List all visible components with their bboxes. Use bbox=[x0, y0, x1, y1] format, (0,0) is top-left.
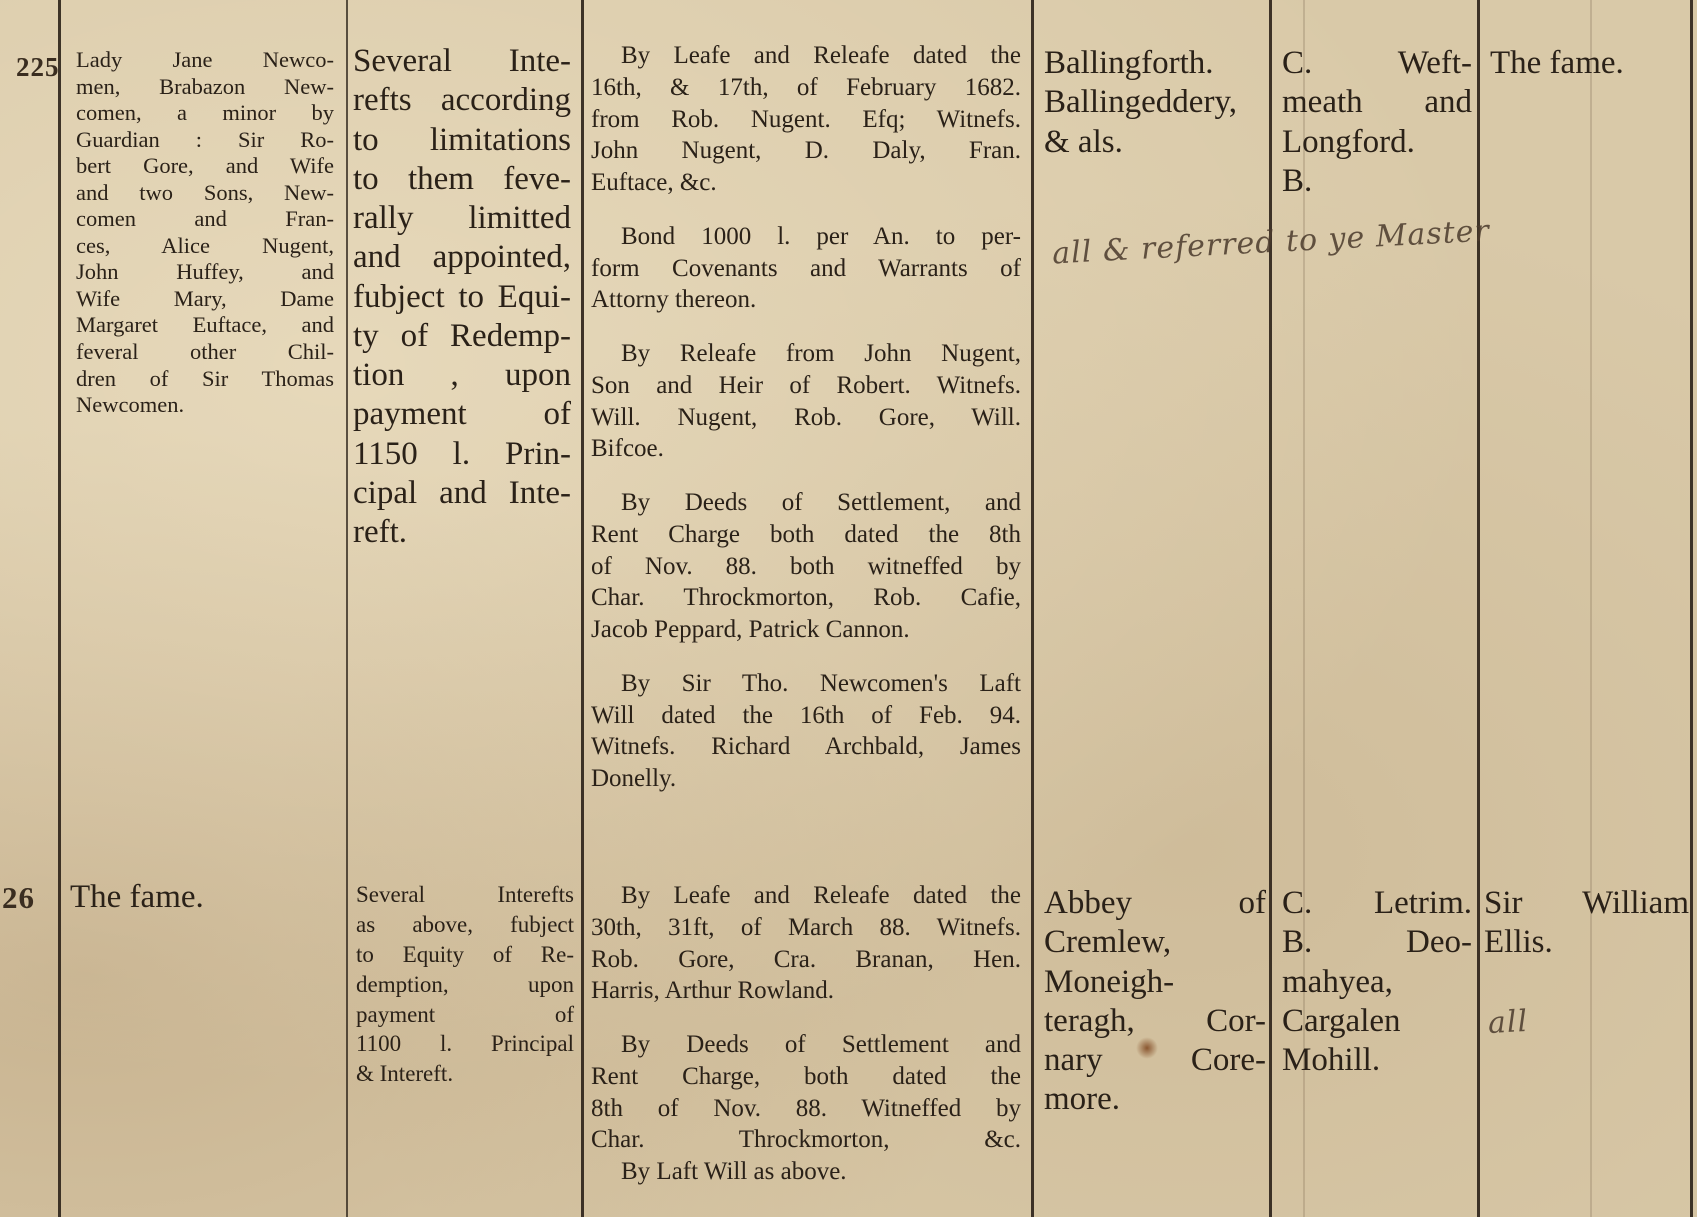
text-line: By Laft Will as above. bbox=[591, 1156, 1021, 1188]
entry-number: 26 bbox=[2, 880, 35, 917]
text-line: of Nov. 88. both witneffed by bbox=[591, 551, 1021, 583]
text-line: By Deeds of Settlement and bbox=[591, 1029, 1021, 1061]
column-rule bbox=[1477, 0, 1480, 1217]
interest-text: Several Inte-refts accordingto limitatio… bbox=[353, 42, 571, 552]
text-line: By Leafe and Releafe dated the bbox=[591, 880, 1021, 912]
text-line: The fame. bbox=[70, 878, 330, 917]
text-line: bert Gore, and Wife bbox=[76, 153, 334, 180]
text-line: Moneigh- bbox=[1044, 963, 1266, 1002]
ledger-page: 225 Lady Jane Newco-men, Brabazon New-co… bbox=[0, 0, 1697, 1217]
column-rule bbox=[1690, 0, 1693, 1217]
deed-paragraph: By Releafe from John Nugent,Son and Heir… bbox=[591, 338, 1021, 465]
text-line: to Equity of Re- bbox=[356, 940, 574, 970]
text-line: Donelly. bbox=[591, 763, 1021, 795]
text-line: Guardian : Sir Ro- bbox=[76, 127, 334, 154]
county-barony-text: C. Weft-meath andLongford.B. bbox=[1282, 44, 1472, 201]
lands-text: Abbey ofCremlew,Moneigh-teragh, Cor-nary… bbox=[1044, 884, 1266, 1120]
text-line: Several Inte- bbox=[353, 42, 571, 81]
claimants-cell: The fame. bbox=[70, 878, 330, 917]
deed-paragraph: Bond 1000 l. per An. to per-form Covenan… bbox=[591, 221, 1021, 316]
text-line: Jacob Peppard, Patrick Cannon. bbox=[591, 614, 1021, 646]
deeds-cell: By Leafe and Releafe dated the16th, & 17… bbox=[591, 40, 1021, 817]
text-line: Euftace, &c. bbox=[591, 167, 1021, 199]
text-line: Lady Jane Newco- bbox=[76, 47, 334, 74]
text-line: Char. Throckmorton, Rob. Cafie, bbox=[591, 582, 1021, 614]
text-line: Char. Throckmorton, &c. bbox=[591, 1124, 1021, 1156]
text-line: B. Deo- bbox=[1282, 923, 1472, 962]
text-line: feveral other Chil- bbox=[76, 339, 334, 366]
text-line: By Deeds of Settlement, and bbox=[591, 487, 1021, 519]
text-line: mahyea, bbox=[1282, 963, 1472, 1002]
text-line: Will. Nugent, Rob. Gore, Will. bbox=[591, 402, 1021, 434]
text-line: more. bbox=[1044, 1080, 1266, 1119]
text-line: dren of Sir Thomas bbox=[76, 366, 334, 393]
text-line: Rent Charge, both dated the bbox=[591, 1061, 1021, 1093]
text-line: & als. bbox=[1044, 123, 1266, 162]
text-line: Rent Charge both dated the 8th bbox=[591, 519, 1021, 551]
text-line: refts according bbox=[353, 81, 571, 120]
text-line: Mohill. bbox=[1282, 1041, 1472, 1080]
text-line: comen and Fran- bbox=[76, 206, 334, 233]
county-barony-text: C. Letrim.B. Deo-mahyea,CargalenMohill. bbox=[1282, 884, 1472, 1080]
text-line: Sir William bbox=[1484, 884, 1689, 923]
text-line: Cremlew, bbox=[1044, 923, 1266, 962]
claimants-text: The fame. bbox=[70, 878, 330, 917]
text-line: payment of bbox=[353, 395, 571, 434]
text-line: By Releafe from John Nugent, bbox=[591, 338, 1021, 370]
text-line: 16th, & 17th, of February 1682. bbox=[591, 72, 1021, 104]
text-line: fubject to Equi- bbox=[353, 278, 571, 317]
text-line: Abbey of bbox=[1044, 884, 1266, 923]
text-line: from Rob. Nugent. Efq; Witnefs. bbox=[591, 104, 1021, 136]
deeds-cell: By Leafe and Releafe dated the30th, 31ft… bbox=[591, 880, 1021, 1210]
column-rule bbox=[1031, 0, 1034, 1217]
text-line: Several Interefts bbox=[356, 880, 574, 910]
forfeiting-person-text: Sir WilliamEllis. bbox=[1484, 884, 1689, 963]
text-line: comen, a minor by bbox=[76, 100, 334, 127]
forfeiting-person-cell: The fame. bbox=[1490, 44, 1685, 83]
text-line: Bifcoe. bbox=[591, 433, 1021, 465]
text-line: men, Brabazon New- bbox=[76, 74, 334, 101]
text-line: The fame. bbox=[1490, 44, 1685, 83]
text-line: meath and bbox=[1282, 83, 1472, 122]
text-line: Ballingeddery, bbox=[1044, 83, 1266, 122]
handwritten-annotation: all bbox=[1487, 1004, 1529, 1041]
show-through-rule bbox=[1590, 0, 1592, 1217]
text-line: cipal and Inte- bbox=[353, 474, 571, 513]
column-rule bbox=[581, 0, 584, 1217]
text-line: Cargalen bbox=[1282, 1002, 1472, 1041]
text-line: Ballingforth. bbox=[1044, 44, 1266, 83]
column-rule bbox=[58, 0, 61, 1217]
text-line: form Covenants and Warrants of bbox=[591, 253, 1021, 285]
text-line: John Huffey, and bbox=[76, 259, 334, 286]
text-line: Attorny thereon. bbox=[591, 284, 1021, 316]
text-line: & Intereft. bbox=[356, 1059, 574, 1089]
text-line: Wife Mary, Dame bbox=[76, 286, 334, 313]
text-line: By Sir Tho. Newcomen's Laft bbox=[591, 668, 1021, 700]
text-line: Harris, Arthur Rowland. bbox=[591, 975, 1021, 1007]
deed-paragraph: By Leafe and Releafe dated the30th, 31ft… bbox=[591, 880, 1021, 1007]
deed-paragraph: By Deeds of Settlement andRent Charge, b… bbox=[591, 1029, 1021, 1188]
text-line: 1150 l. Prin- bbox=[353, 435, 571, 474]
text-line: Son and Heir of Robert. Witnefs. bbox=[591, 370, 1021, 402]
text-line: Longford. bbox=[1282, 123, 1472, 162]
text-line: ty of Redemp- bbox=[353, 317, 571, 356]
lands-text: Ballingforth.Ballingeddery,& als. bbox=[1044, 44, 1266, 162]
text-line: Will dated the 16th of Feb. 94. bbox=[591, 700, 1021, 732]
forfeiting-person-text: The fame. bbox=[1490, 44, 1685, 83]
claimants-text: Lady Jane Newco-men, Brabazon New-comen,… bbox=[76, 47, 334, 419]
deed-paragraph: By Leafe and Releafe dated the16th, & 17… bbox=[591, 40, 1021, 199]
text-line: tion , upon bbox=[353, 356, 571, 395]
text-line: 30th, 31ft, of March 88. Witnefs. bbox=[591, 912, 1021, 944]
claimants-cell: Lady Jane Newco-men, Brabazon New-comen,… bbox=[76, 47, 334, 419]
text-line: 8th of Nov. 88. Witneffed by bbox=[591, 1093, 1021, 1125]
text-line: payment of bbox=[356, 1000, 574, 1030]
text-line: Ellis. bbox=[1484, 923, 1689, 962]
lands-cell: Abbey ofCremlew,Moneigh-teragh, Cor-nary… bbox=[1044, 884, 1266, 1120]
interest-cell: Several Inte-refts accordingto limitatio… bbox=[353, 42, 571, 552]
text-line: John Nugent, D. Daly, Fran. bbox=[591, 135, 1021, 167]
text-line: to limitations bbox=[353, 121, 571, 160]
text-line: C. Letrim. bbox=[1282, 884, 1472, 923]
county-barony-cell: C. Letrim.B. Deo-mahyea,CargalenMohill. bbox=[1282, 884, 1472, 1080]
text-line: Bond 1000 l. per An. to per- bbox=[591, 221, 1021, 253]
text-line: C. Weft- bbox=[1282, 44, 1472, 83]
text-line: reft. bbox=[353, 513, 571, 552]
text-line: to them feve- bbox=[353, 160, 571, 199]
text-line: ces, Alice Nugent, bbox=[76, 233, 334, 260]
county-barony-cell: C. Weft-meath andLongford.B. bbox=[1282, 44, 1472, 201]
text-line: demption, upon bbox=[356, 970, 574, 1000]
entry-number: 225 bbox=[16, 52, 60, 84]
text-line: B. bbox=[1282, 162, 1472, 201]
text-line: Rob. Gore, Cra. Branan, Hen. bbox=[591, 944, 1021, 976]
column-rule bbox=[346, 0, 348, 1217]
text-line: and appointed, bbox=[353, 238, 571, 277]
forfeiting-person-cell: Sir WilliamEllis. bbox=[1484, 884, 1689, 963]
deed-paragraph: By Sir Tho. Newcomen's LaftWill dated th… bbox=[591, 668, 1021, 795]
interest-cell: Several Intereftsas above, fubjectto Equ… bbox=[356, 880, 574, 1089]
text-line: 1100 l. Principal bbox=[356, 1029, 574, 1059]
text-line: By Leafe and Releafe dated the bbox=[591, 40, 1021, 72]
text-line: Newcomen. bbox=[76, 392, 334, 419]
text-line: and two Sons, New- bbox=[76, 180, 334, 207]
text-line: teragh, Cor- bbox=[1044, 1002, 1266, 1041]
text-line: Witnefs. Richard Archbald, James bbox=[591, 731, 1021, 763]
ink-stain bbox=[1136, 1037, 1158, 1059]
text-line: Margaret Euftace, and bbox=[76, 312, 334, 339]
text-line: rally limitted bbox=[353, 199, 571, 238]
lands-cell: Ballingforth.Ballingeddery,& als. bbox=[1044, 44, 1266, 162]
text-line: as above, fubject bbox=[356, 910, 574, 940]
deed-paragraph: By Deeds of Settlement, andRent Charge b… bbox=[591, 487, 1021, 646]
column-rule bbox=[1269, 0, 1272, 1217]
interest-text: Several Intereftsas above, fubjectto Equ… bbox=[356, 880, 574, 1089]
